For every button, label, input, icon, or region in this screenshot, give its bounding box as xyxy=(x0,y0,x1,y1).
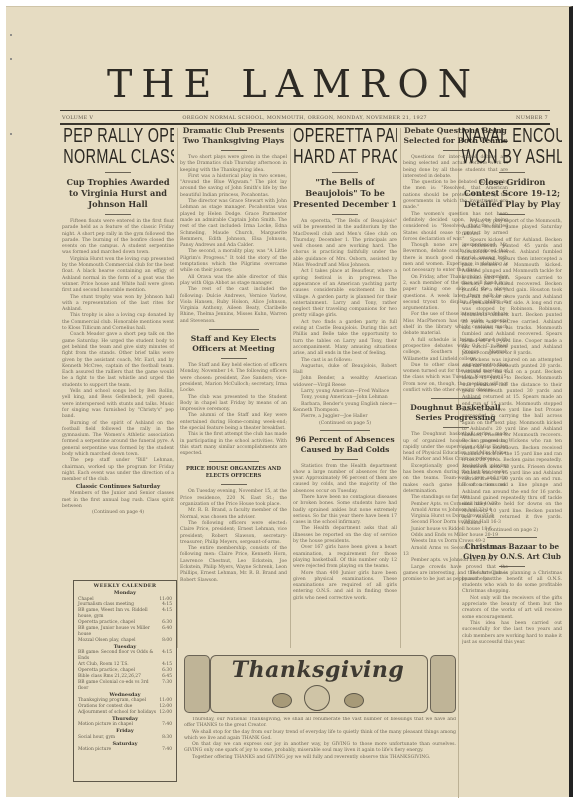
paragraph: Coach Meador gave a short pep talk on th… xyxy=(62,332,174,389)
issue-number: NUMBER 7 xyxy=(516,115,548,121)
paragraph: The rest of the cast included the follow… xyxy=(180,287,287,325)
margin-mark xyxy=(10,58,12,60)
banner-title: Thanksgiving xyxy=(212,657,424,683)
headline: PEP RALLY OPENS NORMAL CLASSIC xyxy=(63,126,172,168)
calendar-title: WEEKLY CALENDER xyxy=(78,583,172,590)
article-body: A play by play report of the Monmouth, A… xyxy=(462,219,562,528)
paragraph: An operetta, "The Bells of Beaujolois" w… xyxy=(293,219,397,269)
headline: NAVAL ENCOUNTER WON BY ASHLAND xyxy=(462,126,562,168)
paragraph: The following officers were elected: Cla… xyxy=(180,521,287,546)
paragraph: The entire membership, consists of the f… xyxy=(180,546,287,584)
paragraph: Act two finds a garden party in full swi… xyxy=(293,320,397,358)
event-name: Social hour, gym xyxy=(78,735,162,741)
paragraph: More than 400 Junior girls have been giv… xyxy=(293,571,397,602)
rule xyxy=(499,214,525,215)
event-time: 4:15 xyxy=(162,650,172,662)
paragraph: Wickens was injured on an attempted end … xyxy=(462,358,562,528)
thanksgiving-message: Thursday, our National Thanksgiving, we … xyxy=(184,717,456,779)
headline-line: OPERETTA PARTS xyxy=(293,126,397,147)
headline: PRICE HOUSE ORGANIZES AND ELECTS OFFICER… xyxy=(180,466,287,480)
continued-link[interactable]: (Continued on page 2) xyxy=(462,528,562,533)
event-name: Motion picture xyxy=(78,747,162,753)
headline-line: NORMAL CLASSIC xyxy=(63,147,172,168)
rule xyxy=(105,214,131,215)
paragraph: The Staff and Key held election of offic… xyxy=(180,363,287,394)
paragraph: Statistics from the Health department sh… xyxy=(293,464,397,495)
event-name: BB game Colonial co-eds vs 3rd floor xyxy=(78,680,162,692)
event-time: 8:30 xyxy=(162,735,172,741)
paragraph: Not only will the receivers of the gifts… xyxy=(462,596,562,621)
headline: Dramatic Club Presents Two Thanksgiving … xyxy=(180,126,287,146)
event-name: Mozzal Olsen play, chapel xyxy=(78,638,162,644)
volume-label: VOLUME V xyxy=(62,115,93,121)
paragraph: A play by play report of the Monmouth, A… xyxy=(462,219,562,238)
column-divider xyxy=(177,128,178,648)
rule xyxy=(60,110,550,111)
event-time: 6:40 xyxy=(162,626,172,638)
rule xyxy=(209,461,259,462)
paragraph: Mr. R. B. Brand, a faculty member of the… xyxy=(180,508,287,521)
thanksgiving-banner: Thanksgiving xyxy=(184,655,456,715)
rule xyxy=(332,459,358,460)
paragraph: Thursday, our National Thanksgiving, we … xyxy=(184,717,456,730)
column-divider xyxy=(400,128,401,648)
subheadline: Cup Trophies Awarded to Virginia Hurst a… xyxy=(62,177,174,210)
article-operetta: OPERETTA PARTS HARD AT PRACTICE "The Bel… xyxy=(293,126,397,651)
headline-line: NAVAL ENCOUNTER xyxy=(462,126,562,147)
subheadline: Close Gridiron Contest Score 19-12; Deta… xyxy=(462,177,562,210)
paragraph: The stunt trophy was won by Johnson hall… xyxy=(62,295,174,314)
pumpkin-icon xyxy=(272,693,292,708)
paragraph: Members of the Junior and Senior classes… xyxy=(62,491,174,510)
masthead-title: THE LAMRON xyxy=(0,62,587,106)
event-time: 4:15 xyxy=(162,608,172,620)
calendar-event: Adjournment of school for holidays12:00 xyxy=(78,710,172,716)
paragraph: The Art Club is planning a Christmas baz… xyxy=(462,571,562,596)
headline-line: PEP RALLY OPENS xyxy=(63,126,172,147)
rule xyxy=(209,329,259,330)
paragraph: Fifteen floats were entered in the first… xyxy=(62,219,174,257)
calendar-event: Social hour, gym8:30 xyxy=(78,735,172,741)
rule xyxy=(332,214,358,215)
subheadline: "The Bells of Beaujolois" To be Presente… xyxy=(293,177,397,210)
article-body: Statistics from the Health department sh… xyxy=(293,464,397,603)
article-body: The Art Club is planning a Christmas baz… xyxy=(462,571,562,647)
article-body: On Tuesday evening, November 15, at the … xyxy=(180,489,287,583)
paragraph: All Orava was the able director of this … xyxy=(180,275,287,288)
rule xyxy=(499,172,525,173)
paragraph: The second, a morality play, was "A Litt… xyxy=(180,249,287,274)
dateline: VOLUME V OREGON NORMAL SCHOOL, MONMOUTH,… xyxy=(62,113,548,123)
margin-mark xyxy=(10,133,12,135)
calendar-event: BB game: Second floor vs Odds & Ends4:15 xyxy=(78,650,172,662)
paragraph: This idea has been carried out successfu… xyxy=(462,621,562,646)
rule xyxy=(221,358,247,359)
paragraph: Two short plays were given in the chapel… xyxy=(180,155,287,174)
event-name: BB game, Junior house vs Miller house xyxy=(78,626,162,638)
paragraph: Over 167 girls have been given a heart e… xyxy=(293,545,397,570)
continued-link[interactable]: (Continued on page 4) xyxy=(62,510,174,515)
rule xyxy=(320,430,370,431)
column-divider xyxy=(290,128,291,648)
event-name: BB game, Weest Inn vs. Riddell house, gy… xyxy=(78,608,162,620)
rule xyxy=(221,150,247,151)
event-time: 7:40 xyxy=(162,722,172,728)
article-body: Members of the Junior and Senior classes… xyxy=(62,491,174,510)
dateline-text: OREGON NORMAL SCHOOL, MONMOUTH, OREGON, … xyxy=(182,115,427,121)
margin-mark xyxy=(10,34,12,36)
headline-line: WON BY ASHLAND xyxy=(462,147,562,168)
paragraph: This trophy is also a loving cup donated… xyxy=(62,313,174,332)
tree-illustration xyxy=(430,655,456,713)
rule xyxy=(332,172,358,173)
rule xyxy=(221,484,247,485)
article-pep-rally: PEP RALLY OPENS NORMAL CLASSIC Cup Troph… xyxy=(62,126,174,578)
calendar-event: Motion picture7:40 xyxy=(78,747,172,753)
paragraph: The Health department asks that all illn… xyxy=(293,526,397,545)
paragraph: Barbara, Bender's young English niece—Ke… xyxy=(293,402,397,415)
paragraph: On that day we can express our joy in an… xyxy=(184,742,456,755)
continued-link[interactable]: (Continued on page 5) xyxy=(293,421,397,426)
paragraph: Act I takes place at Beaufleur, where a … xyxy=(293,269,397,319)
paragraph: Burning of the spirit of Ashland on the … xyxy=(62,421,174,459)
calendar-event: Mozzal Olsen play, chapel8:00 xyxy=(78,638,172,644)
article-body: An operetta, "The Bells of Beaujolois" w… xyxy=(293,219,397,421)
paragraph: Together offering THANKS and GIVING joy … xyxy=(184,755,456,761)
calendar-event: BB game, Junior house vs Miller house6:4… xyxy=(78,626,172,638)
paragraph: The club was presented to the Student Bo… xyxy=(180,395,287,414)
article-body: Fifteen floats were entered in the first… xyxy=(62,219,174,483)
paragraph: Spears kicked off for Ashland. Becken of… xyxy=(462,238,562,358)
paragraph: The pep staff under "Bill" Lehman, chair… xyxy=(62,458,174,483)
paragraph: The director was Grace Stewart with John… xyxy=(180,199,287,249)
event-time: 12:00 xyxy=(159,710,172,716)
headline: Staff and Key Elects Officers at Meeting xyxy=(180,334,287,354)
headline: Christmas Bazaar to be Given by O.N.S. A… xyxy=(462,542,562,562)
paragraph: John Bender, a wealthy American widower—… xyxy=(293,376,397,389)
event-name: BB game: Second floor vs Odds & Ends xyxy=(78,650,162,662)
headline: 96 Percent of Absences Caused by Bad Col… xyxy=(293,435,397,455)
calendar-event: BB game, Weest Inn vs. Riddell house, gy… xyxy=(78,608,172,620)
event-time: 8:00 xyxy=(162,638,172,644)
weekly-calendar: WEEKLY CALENDER MondayChapel11:00Journal… xyxy=(73,580,177,782)
event-name: Adjournment of school for holidays xyxy=(78,710,159,716)
paragraph: Virginia Hurst won the loving cup presen… xyxy=(62,257,174,295)
article-body: Two short plays were given in the chapel… xyxy=(180,155,287,325)
paragraph: First was a historical play in two scene… xyxy=(180,174,287,199)
paragraph: There have been no contagious diseases o… xyxy=(293,495,397,526)
article-body: The Staff and Key held election of offic… xyxy=(180,363,287,457)
headline: OPERETTA PARTS HARD AT PRACTICE xyxy=(293,126,397,168)
pumpkin-icon xyxy=(344,693,364,708)
event-time: 7:30 xyxy=(162,680,172,692)
rule xyxy=(60,123,550,125)
pilgrim-icon xyxy=(304,685,330,711)
headline-line: HARD AT PRACTICE xyxy=(293,147,397,168)
paragraph: We shall stop for the day from our busy … xyxy=(184,730,456,743)
paragraph: This is the first attempt the club has m… xyxy=(180,432,287,457)
paragraph: Yells and school songs led by Ben Rollin… xyxy=(62,389,174,420)
paragraph: Augustus, duke of Beaujolois, Robert Hal… xyxy=(293,364,397,377)
rule xyxy=(499,566,525,567)
article-dramatic-club: Dramatic Club Presents Two Thanksgiving … xyxy=(180,126,287,651)
event-time: 7:40 xyxy=(162,747,172,753)
tree-illustration xyxy=(184,655,210,713)
rule xyxy=(105,172,131,173)
paragraph: The alumni of the Staff and Key were ent… xyxy=(180,413,287,432)
paragraph: On Tuesday evening, November 15, at the … xyxy=(180,489,287,508)
article-naval-encounter: NAVAL ENCOUNTER WON BY ASHLAND Close Gri… xyxy=(462,126,562,786)
rule xyxy=(487,537,537,538)
calendar-body: MondayChapel11:00Journalism class meetin… xyxy=(78,590,172,753)
paragraph: Tony, young American—John Lehman xyxy=(293,395,397,401)
calendar-event: BB game Colonial co-eds vs 3rd floor7:30 xyxy=(78,680,172,692)
